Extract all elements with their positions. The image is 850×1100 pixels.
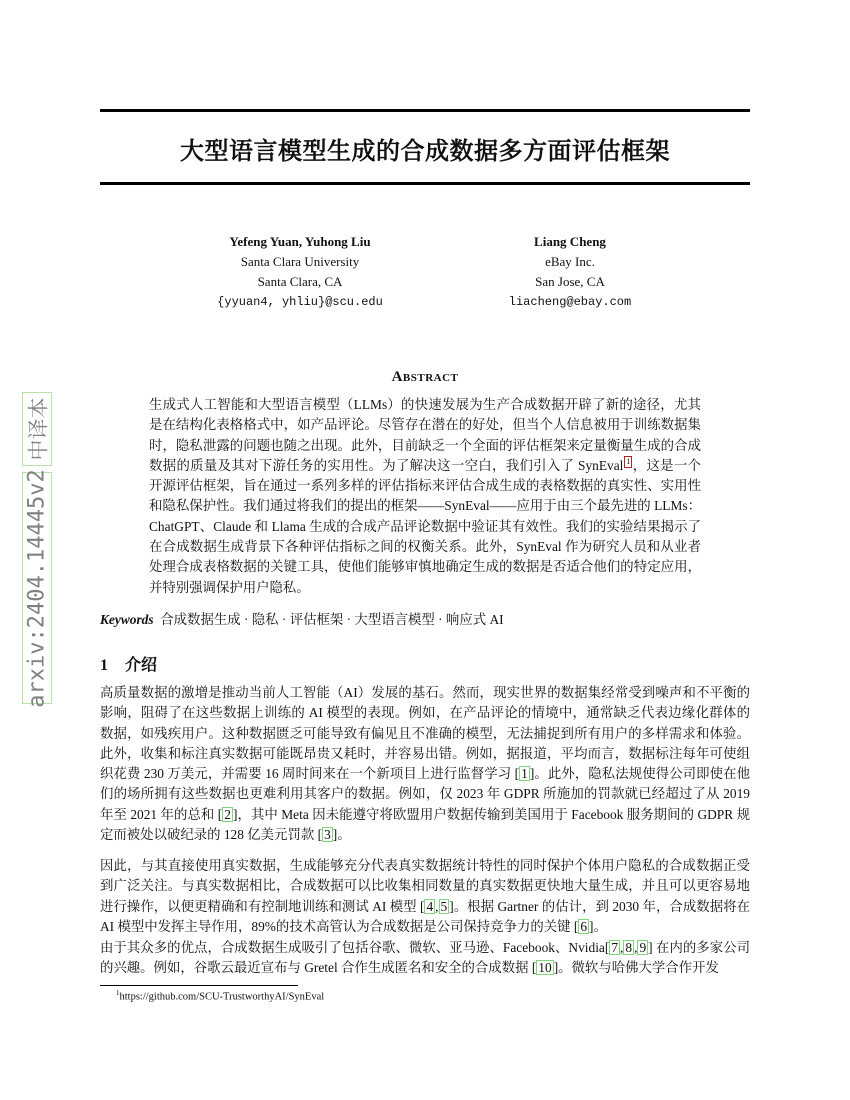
- author-names: Liang Cheng: [470, 232, 670, 252]
- citation-3[interactable]: 3: [322, 827, 333, 842]
- author-affiliation: Santa Clara University: [200, 252, 400, 272]
- footnote-link[interactable]: https://github.com/SCU-TrustworthyAI/Syn…: [120, 992, 325, 1003]
- p3-text-a: 由于其众多的优点，合成数据生成吸引了包括谷歌、微软、亚马逊、Facebook、N…: [100, 940, 609, 955]
- paragraph-2: 因此，与其直接使用真实数据，生成能够充分代表真实数据统计特性的同时保护个体用户隐…: [100, 856, 750, 937]
- citation-8[interactable]: 8: [623, 940, 634, 955]
- abstract-heading: Abstract: [0, 369, 850, 386]
- author-location: Santa Clara, CA: [200, 272, 400, 292]
- citation-6[interactable]: 6: [578, 919, 589, 934]
- section-title: 介绍: [125, 657, 157, 674]
- citation-9[interactable]: 9: [637, 940, 648, 955]
- arxiv-side-label: 中译本 arxiv:2404.14445v2: [22, 392, 52, 704]
- keywords: Keywords 合成数据生成 · 隐私 · 评估框架 · 大型语言模型 · 响…: [100, 609, 750, 628]
- author-affiliation: eBay Inc.: [470, 252, 670, 272]
- translation-label-box[interactable]: 中译本: [22, 392, 52, 466]
- author-location: San Jose, CA: [470, 272, 670, 292]
- keywords-list: 合成数据生成 · 隐私 · 评估框架 · 大型语言模型 · 响应式 AI: [160, 612, 503, 627]
- section-heading: 1介绍: [100, 652, 157, 675]
- abstract-part2: ，这是一个开源评估框架，旨在通过一系列多样的评估指标来评估合成生成的表格数据的真…: [149, 458, 701, 595]
- arxiv-id-box[interactable]: arxiv:2404.14445v2: [22, 472, 52, 704]
- p2-text-c: 。: [594, 919, 607, 934]
- arxiv-id: arxiv:2404.14445v2: [25, 469, 50, 707]
- citation-1[interactable]: 1: [519, 766, 530, 781]
- p1-text-d: 。: [337, 827, 350, 842]
- author-block-scu: Yefeng Yuan, Yuhong Liu Santa Clara Univ…: [200, 232, 400, 312]
- citation-7[interactable]: 7: [609, 940, 620, 955]
- p3-text-c: 。微软与哈佛大学合作开发: [558, 960, 719, 975]
- author-block-ebay: Liang Cheng eBay Inc. San Jose, CA liach…: [470, 232, 670, 312]
- translation-label: 中译本: [22, 398, 52, 461]
- paragraph-3: 由于其众多的优点，合成数据生成吸引了包括谷歌、微软、亚马逊、Facebook、N…: [100, 938, 750, 979]
- author-names: Yefeng Yuan, Yuhong Liu: [200, 232, 400, 252]
- footnote-rule: [100, 985, 298, 986]
- author-email[interactable]: liacheng@ebay.com: [470, 292, 670, 312]
- citation-4[interactable]: 4: [424, 899, 435, 914]
- paper-title: 大型语言模型生成的合成数据多方面评估框架: [100, 135, 750, 169]
- section-number: 1: [100, 657, 125, 675]
- footnote: 1https://github.com/SCU-TrustworthyAI/Sy…: [116, 989, 324, 1003]
- abstract-text: 生成式人工智能和大型语言模型（LLMs）的快速发展为生产合成数据开辟了新的途径，…: [149, 395, 701, 598]
- title-bottom-rule: [100, 182, 750, 185]
- author-email[interactable]: {yyuan4, yhliu}@scu.edu: [200, 292, 400, 312]
- keywords-label: Keywords: [100, 612, 154, 627]
- abstract-part1: 生成式人工智能和大型语言模型（LLMs）的快速发展为生产合成数据开辟了新的途径，…: [149, 397, 701, 473]
- citation-5[interactable]: 5: [439, 899, 450, 914]
- citation-2[interactable]: 2: [222, 807, 233, 822]
- top-rule: [100, 109, 750, 112]
- paragraph-1: 高质量数据的激增是推动当前人工智能（AI）发展的基石。然而，现实世界的数据集经常…: [100, 683, 750, 845]
- citation-10[interactable]: 10: [536, 960, 553, 975]
